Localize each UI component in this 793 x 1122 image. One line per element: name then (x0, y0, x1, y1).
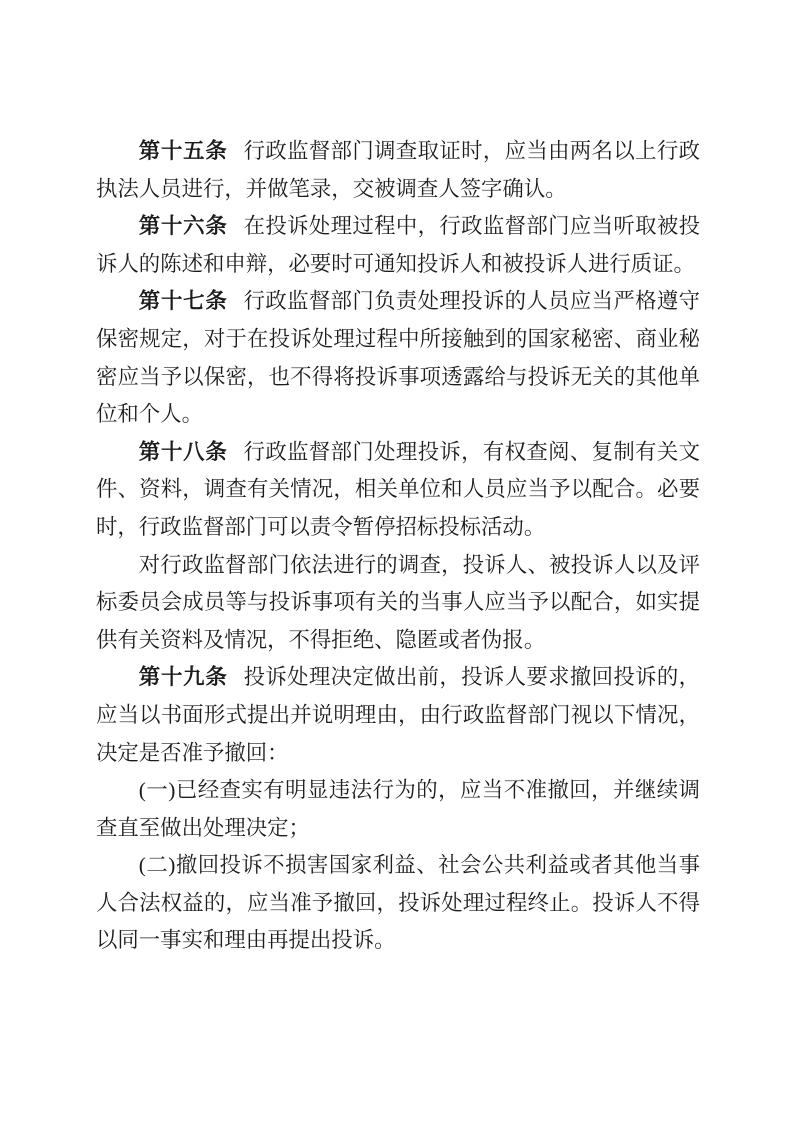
paragraph: 第十八条行政监督部门处理投诉，有权查阅、复制有关文件、资料，调查有关情况，相关单… (96, 434, 700, 547)
paragraph-text: (一)已经查实有明显违法行为的，应当不准撤回，并继续调查直至做出处理决定； (96, 778, 700, 840)
article-term: 第十七条 (139, 289, 228, 313)
document-page: 第十五条行政监督部门调查取证时，应当由两名以上行政执法人员进行，并做笔录，交被调… (0, 0, 793, 1122)
paragraph: 第十七条行政监督部门负责处理投诉的人员应当严格遵守保密规定，对于在投诉处理过程中… (96, 283, 700, 433)
paragraph: (一)已经查实有明显违法行为的，应当不准撤回，并继续调查直至做出处理决定； (96, 772, 700, 847)
paragraph-text: 对行政监督部门依法进行的调查，投诉人、被投诉人以及评标委员会成员等与投诉事项有关… (96, 553, 700, 652)
paragraph: 第十五条行政监督部门调查取证时，应当由两名以上行政执法人员进行，并做笔录，交被调… (96, 133, 700, 208)
article-term: 第十九条 (139, 665, 228, 689)
paragraph: 第十九条投诉处理决定做出前，投诉人要求撤回投诉的，应当以书面形式提出并说明理由，… (96, 659, 700, 772)
article-term: 第十五条 (139, 139, 228, 163)
paragraph-text: (二)撤回投诉不损害国家利益、社会公共利益或者其他当事人合法权益的，应当准予撤回… (96, 853, 700, 952)
paragraph: 对行政监督部门依法进行的调查，投诉人、被投诉人以及评标委员会成员等与投诉事项有关… (96, 547, 700, 660)
paragraph: (二)撤回投诉不损害国家利益、社会公共利益或者其他当事人合法权益的，应当准予撤回… (96, 847, 700, 960)
paragraph: 第十六条在投诉处理过程中，行政监督部门应当听取被投诉人的陈述和申辩，必要时可通知… (96, 208, 700, 283)
article-term: 第十八条 (139, 440, 228, 464)
article-term: 第十六条 (139, 214, 228, 238)
document-body: 第十五条行政监督部门调查取证时，应当由两名以上行政执法人员进行，并做笔录，交被调… (96, 133, 700, 960)
